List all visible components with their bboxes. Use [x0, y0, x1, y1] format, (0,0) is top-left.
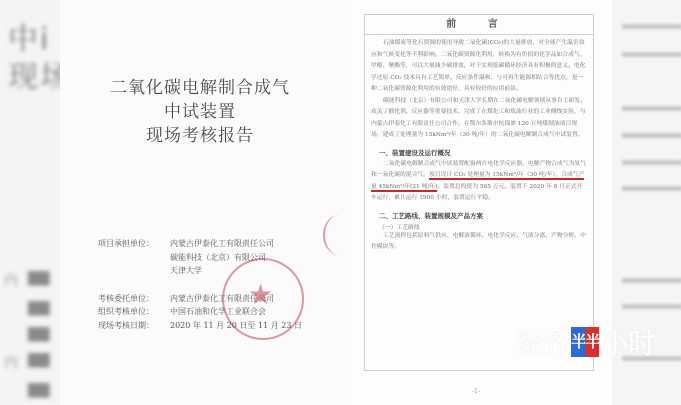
info-label: 组织考核单位： [98, 306, 170, 317]
report-title: 二氧化碳电解制合成气 中试装置 现场考核报告 [90, 76, 310, 148]
section-heading: 一、装置建设及运行概况 [365, 148, 593, 157]
info-value: 碳能科技（北京）有限公司 [170, 253, 266, 262]
section-heading: 二、工艺路线、装置规模及产品方案 [365, 211, 593, 220]
info-label: 考核委托单位： [98, 293, 170, 304]
info-value: 中国石油和化学工业联合会 [170, 307, 266, 316]
subsection-heading: （一）工艺路线 [365, 222, 593, 231]
blurred-row: 内 [4, 270, 18, 290]
info-value: 内蒙古伊泰化工有限责任公司 [170, 294, 274, 303]
preface-paragraph: 碳能科技（北京）有限公司和天津大学长期在二氧化碳电解领域从事自主研发，攻关了催化… [371, 96, 587, 142]
watermark-text: 经济 [515, 322, 569, 362]
title-line: 二氧化碳电解制合成气 [90, 76, 310, 100]
cover-page: 二氧化碳电解制合成气 中试装置 现场考核报告 ★ 项目承担单位：内蒙古伊泰化工有… [60, 0, 350, 405]
info-value: 2020 年 11 月 20 日至 11 月 23 日 [170, 321, 302, 330]
preface-paragraph: 石油煤炭等化石资源的使用导致二氧化碳(CO₂)的大量排放，对全球产生温室效应和气… [371, 38, 587, 96]
watermark-text: 小时 [601, 322, 655, 362]
title-line: 中试装置 [90, 100, 310, 124]
section-text: 二氧化碳电解制合成气中试装置配备两台电化学反应器，电解产物合成气为氢气和一氧化碳… [371, 159, 587, 205]
info-label: 现场考核日期： [98, 320, 170, 331]
watermark-logo-icon: 半半 [571, 327, 599, 357]
info-value: 内蒙古伊泰化工有限责任公司 [170, 239, 274, 248]
title-line: 现场考核报告 [90, 124, 310, 148]
page-number: -1- [472, 388, 480, 395]
info-value: 天津大学 [170, 266, 202, 275]
info-label: 项目承担单位： [98, 238, 170, 249]
blurred-row: 内 [4, 352, 18, 372]
project-info: 项目承担单位：内蒙古伊泰化工有限责任公司 碳能科技（北京）有限公司 天津大学 考… [98, 238, 302, 333]
section-text: 工艺流程包括原料气供应、电解液循环、电化学反应、气液分离、产物分析、中控模块等。 [371, 231, 587, 254]
preface-box: 前 言 石油煤炭等化石资源的使用导致二氧化碳(CO₂)的大量排放，对全球产生温室… [364, 14, 594, 371]
tv-watermark: 经济 半半 小时 [515, 322, 655, 362]
preface-heading: 前 言 [365, 15, 593, 35]
